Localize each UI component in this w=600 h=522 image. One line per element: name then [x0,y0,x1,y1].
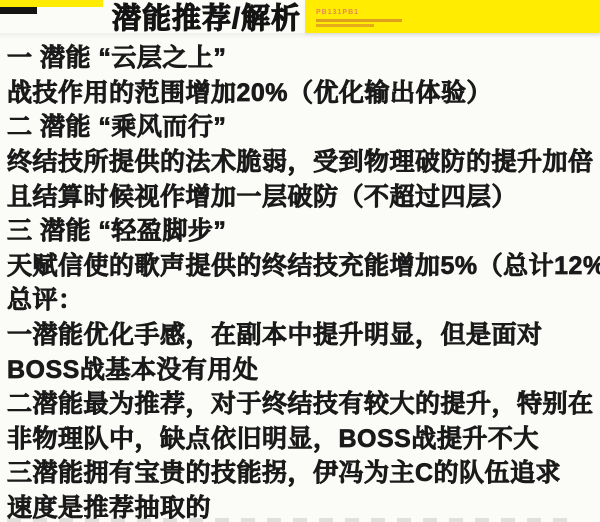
text-line-summary-1b: BOSS战基本没有用处 [7,350,598,385]
text-line-potential2-desc1: 终结技所提供的法术脆弱，受到物理破防的提升加倍 [7,143,598,178]
text-line-potential1-desc: 战技作用的范围增加20%（优化输出体验） [7,74,598,109]
watermark-blur-line [316,24,374,27]
text-line-potential3-title: 三 潜能 “轻盈脚步” [7,212,598,247]
header-accent-strip [0,0,103,7]
text-line-potential1-title: 一 潜能 “云层之上” [7,39,598,74]
text-line-summary-2b: 非物理队中，缺点依旧明显，BOSS战提升不大 [7,420,598,455]
text-line-potential2-desc2: 且结算时候视作增加一层破防（不超过四层） [7,177,598,212]
text-line-summary-1a: 一潜能优化手感，在副本中提升明显，但是面对 [7,316,598,351]
text-line-summary-3a: 三潜能拥有宝贵的技能拐，伊冯为主C的队伍追求 [7,454,598,489]
text-line-potential3-desc: 天赋信使的歌声提供的终结技充能增加5%（总计12%） [7,247,598,282]
guide-image: 潜能推荐/解析 PB131PB1 一 潜能 “云层之上” 战技作用的范围增加20… [0,0,600,522]
header-accent-block [0,7,37,14]
text-line-summary-2a: 二潜能最为推荐，对于终结技有较大的提升，特别在 [7,385,598,420]
header-yellow-banner: PB131PB1 [305,0,600,33]
page-title: 潜能推荐/解析 [112,3,301,35]
text-line-summary-3b: 速度是推荐抽取的 [7,489,598,522]
guide-text-body: 一 潜能 “云层之上” 战技作用的范围增加20%（优化输出体验） 二 潜能 “乘… [7,39,598,522]
watermark-blur-line [316,19,402,22]
text-line-summary-heading: 总评： [7,281,598,316]
text-line-potential2-title: 二 潜能 “乘风而行” [7,108,598,143]
cutoff-next-line-hint [7,518,567,522]
watermark-id: PB131PB1 [316,9,359,16]
